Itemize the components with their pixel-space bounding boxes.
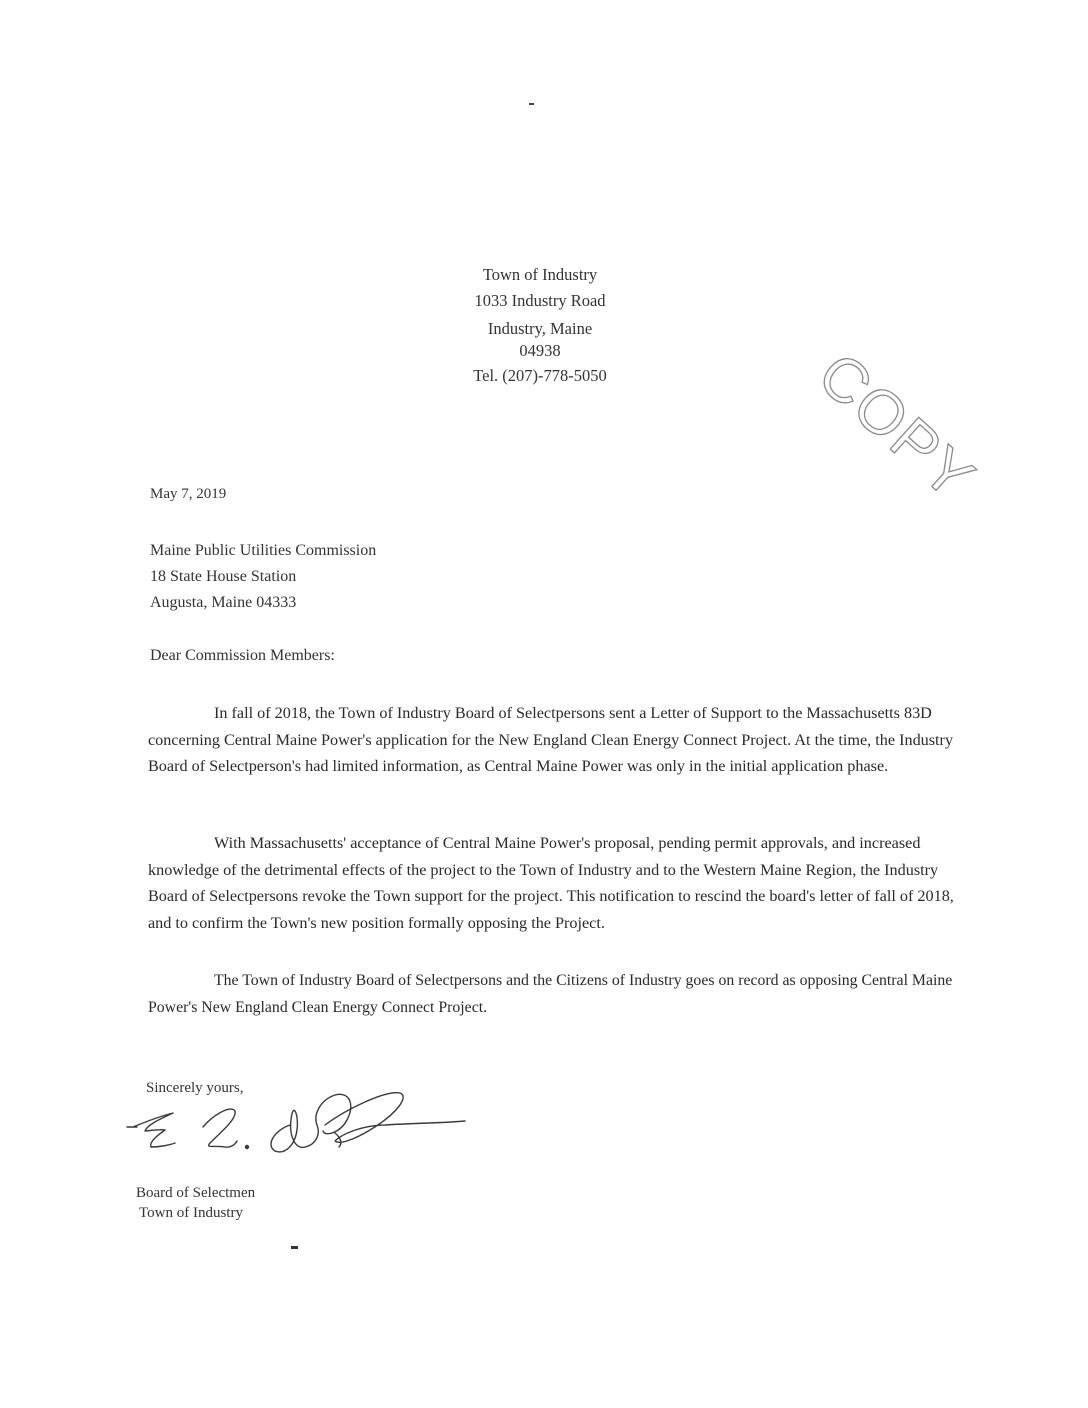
recipient-block: Maine Public Utilities Commission 18 Sta… — [150, 538, 376, 616]
scan-speck — [529, 103, 534, 105]
scan-speck — [291, 1246, 298, 1249]
recipient-address-line2: Augusta, Maine 04333 — [150, 590, 376, 616]
letterhead-city-state: Industry, Maine — [420, 316, 660, 342]
body-paragraph: In fall of 2018, the Town of Industry Bo… — [148, 700, 978, 780]
letterhead: Town of Industry 1033 Industry Road Indu… — [420, 262, 660, 389]
letterhead-phone: Tel. (207)-778-5050 — [420, 363, 660, 389]
letter-date: May 7, 2019 — [150, 486, 226, 503]
letterhead-town: Town of Industry — [420, 262, 660, 288]
letterhead-zip: 04938 — [420, 342, 660, 360]
recipient-address-line1: 18 State House Station — [150, 564, 376, 590]
signer-organization: Town of Industry — [136, 1203, 255, 1223]
signer-title: Board of Selectmen — [136, 1183, 255, 1203]
salutation: Dear Commission Members: — [150, 647, 335, 665]
copy-stamp: COPY — [804, 339, 988, 515]
body-paragraph: The Town of Industry Board of Selectpers… — [148, 968, 978, 1021]
recipient-name: Maine Public Utilities Commission — [150, 538, 376, 564]
body-paragraph: With Massachusetts' acceptance of Centra… — [148, 830, 978, 936]
letterhead-street: 1033 Industry Road — [420, 288, 660, 314]
handwritten-signature-icon — [125, 1075, 470, 1170]
signer-block: Board of Selectmen Town of Industry — [136, 1183, 255, 1223]
